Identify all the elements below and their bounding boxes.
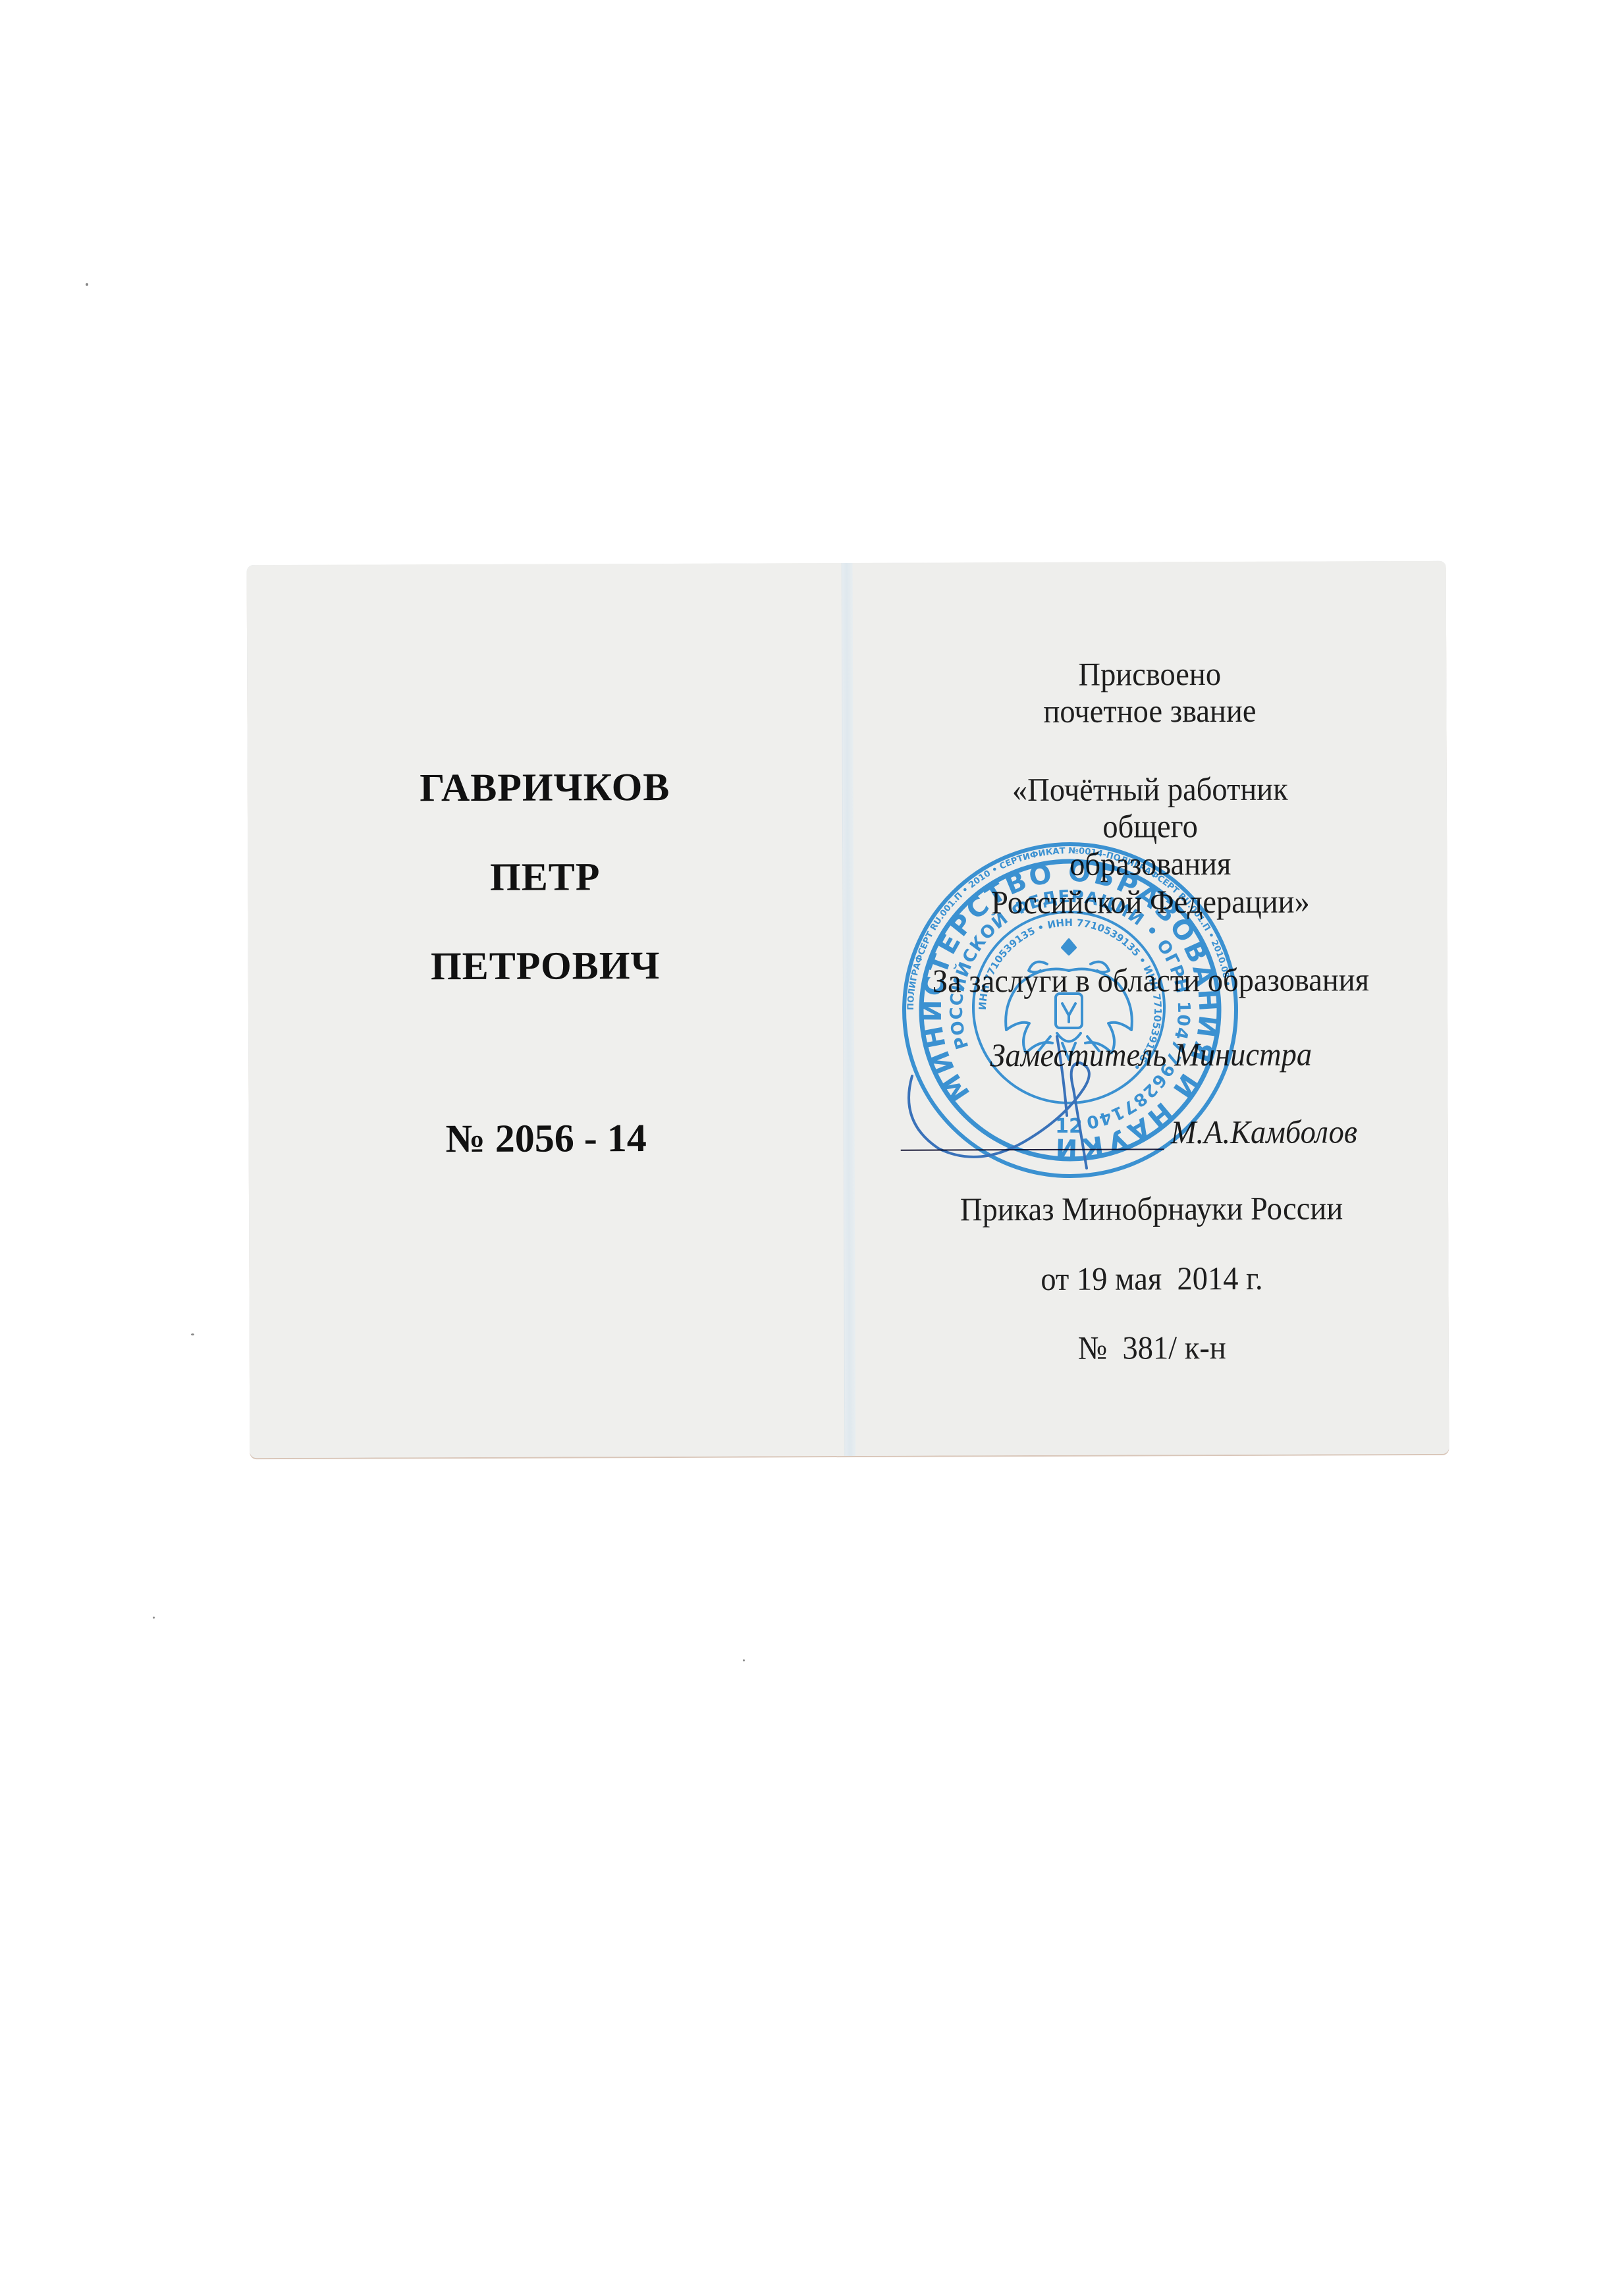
holder-surname: ГАВРИЧКОВ (248, 766, 842, 808)
honorary-title-line-2: общего (874, 809, 1426, 844)
award-reason: За заслуги в области образования (875, 963, 1426, 998)
signer-position: Заместитель Министра (875, 1037, 1427, 1072)
signer-name: М.А.Камболов (1171, 1115, 1358, 1148)
certificate-number: № 2056 - 14 (249, 1117, 844, 1159)
order-number: № 381/ к-н (876, 1330, 1428, 1365)
scan-speck (86, 283, 88, 286)
scan-speck (191, 1333, 194, 1335)
honorary-title-line-3: образования (875, 846, 1426, 881)
holder-first-name: ПЕТР (248, 856, 842, 898)
honorary-title-line-4: Российской Федерации» (875, 884, 1426, 919)
scan-speck (743, 1659, 745, 1661)
awarded-label: Присвоено (874, 657, 1426, 691)
scan-speck (153, 1617, 155, 1619)
certificate-card: ГАВРИЧКОВ ПЕТР ПЕТРОВИЧ № 2056 - 14 Прис… (247, 561, 1449, 1458)
honorary-title-line-1: «Почётный работник (874, 772, 1426, 807)
certificate-left-page: ГАВРИЧКОВ ПЕТР ПЕТРОВИЧ № 2056 - 14 (247, 563, 845, 1458)
certificate-right-page: Присвоено почетное звание «Почётный рабо… (853, 561, 1449, 1456)
signature-line (901, 1148, 1164, 1150)
honorary-title-label: почетное звание (874, 693, 1426, 728)
order-issuer: Приказ Минобрнауки России (876, 1191, 1428, 1226)
order-date: от 19 мая 2014 г. (876, 1261, 1428, 1296)
holder-patronymic: ПЕТРОВИЧ (248, 945, 843, 986)
